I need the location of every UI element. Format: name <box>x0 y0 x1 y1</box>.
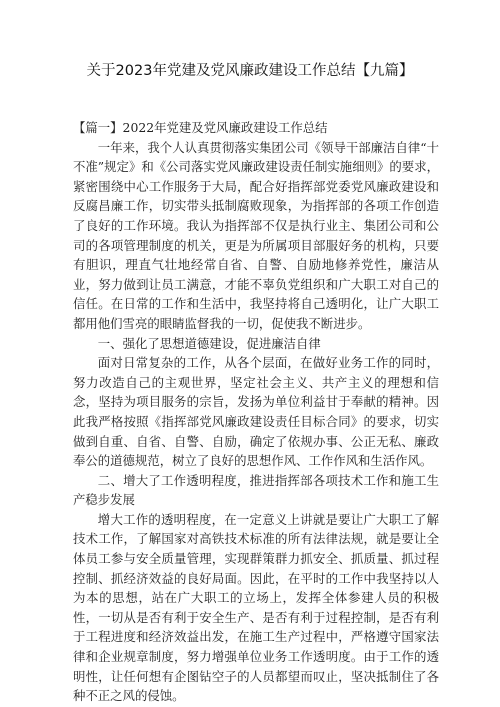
subheading-1: 一、强化了思想道德建设，促进廉洁自律 <box>73 334 439 354</box>
paragraph-2: 增大工作的透明程度，在一定意义上讲就是要让广大职工了解技术工作，了解国家对高铁技… <box>73 510 439 706</box>
document-body: 【篇一】2022年党建及党风廉政建设工作总结 一年来，我个人认真贯彻落实集团公司… <box>73 118 439 706</box>
paragraph-intro: 一年来，我个人认真贯彻落实集团公司《领导干部廉洁自律“十不准”规定》和《公司落实… <box>73 138 439 334</box>
document-page: 关于2023年党建及党风廉政建设工作总结【九篇】 【篇一】2022年党建及党风廉… <box>0 0 500 707</box>
section-heading: 【篇一】2022年党建及党风廉政建设工作总结 <box>73 118 439 138</box>
paragraph-1: 面对日常复杂的工作，从各个层面，在做好业务工作的同时，努力改造自己的主观世界，坚… <box>73 353 439 471</box>
subheading-2: 二、增大了工作透明程度，推进指挥部各项技术工作和施工生产稳步发展 <box>73 471 439 510</box>
document-title: 关于2023年党建及党风廉政建设工作总结【九篇】 <box>0 61 500 81</box>
